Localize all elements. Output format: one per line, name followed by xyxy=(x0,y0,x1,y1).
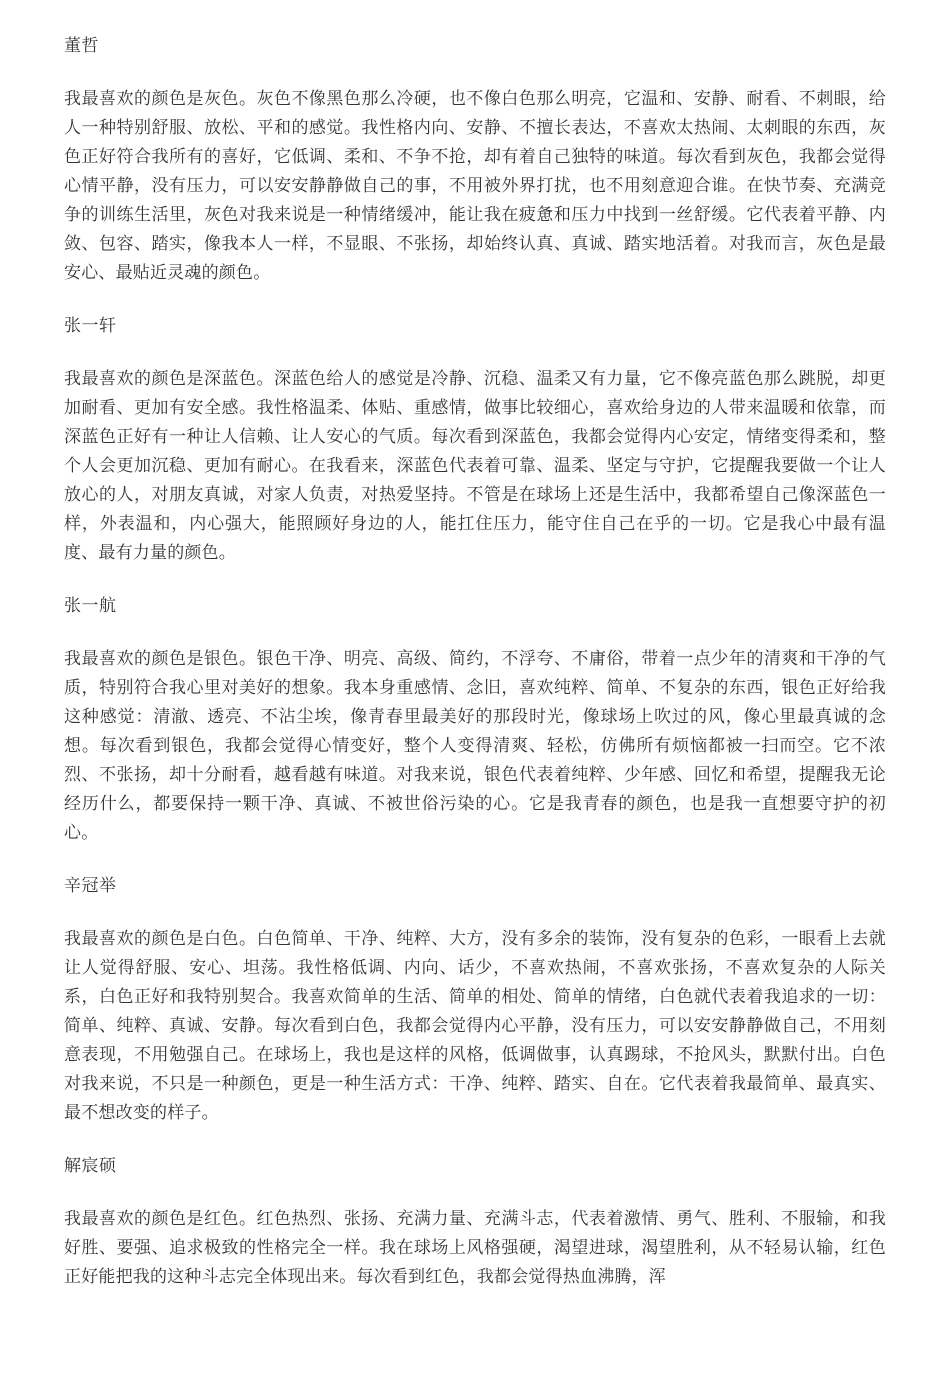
color-essay-paragraph: 我最喜欢的颜色是银色。银色干净、明亮、高级、简约，不浮夸、不庸俗，带着一点少年的… xyxy=(64,644,886,847)
author-name-heading: 辛冠举 xyxy=(64,871,886,900)
color-essay-paragraph: 我最喜欢的颜色是红色。红色热烈、张扬、充满力量、充满斗志，代表着激情、勇气、胜利… xyxy=(64,1204,886,1291)
author-name-heading: 解宸硕 xyxy=(64,1151,886,1180)
document-page: 董哲 我最喜欢的颜色是灰色。灰色不像黑色那么冷硬，也不像白色那么明亮，它温和、安… xyxy=(0,0,950,1291)
author-name-heading: 张一航 xyxy=(64,591,886,620)
color-essay-paragraph: 我最喜欢的颜色是白色。白色简单、干净、纯粹、大方，没有多余的装饰，没有复杂的色彩… xyxy=(64,924,886,1127)
author-name-heading: 张一轩 xyxy=(64,311,886,340)
color-essay-paragraph: 我最喜欢的颜色是深蓝色。深蓝色给人的感觉是冷静、沉稳、温柔又有力量，它不像亮蓝色… xyxy=(64,364,886,567)
color-essay-paragraph: 我最喜欢的颜色是灰色。灰色不像黑色那么冷硬，也不像白色那么明亮，它温和、安静、耐… xyxy=(64,84,886,287)
author-name-heading: 董哲 xyxy=(64,31,886,60)
